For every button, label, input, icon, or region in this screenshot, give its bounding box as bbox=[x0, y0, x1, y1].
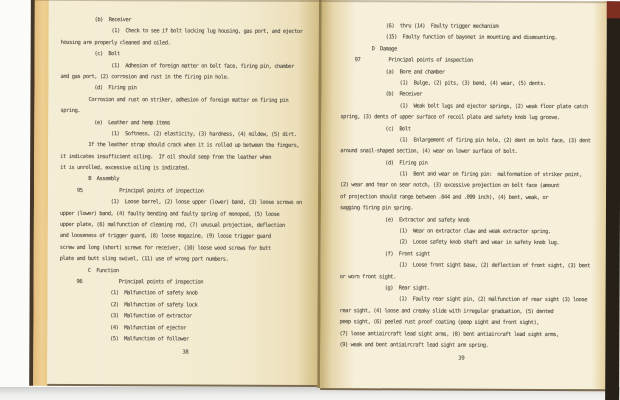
text-line: (4) Malfunction of ejector bbox=[59, 322, 301, 334]
text-line: plate and butt sling swivel, (11) use of… bbox=[60, 254, 302, 266]
text-line: (d) Firing pin bbox=[60, 83, 302, 95]
text-line: (b) Receiver bbox=[340, 89, 590, 101]
text-line: (1) Adhesion of foreign matter on bolt f… bbox=[61, 60, 303, 72]
text-line: (3) Malfunction of extractor bbox=[59, 311, 301, 323]
text-line: (c) Bolt bbox=[340, 124, 590, 136]
photo-background: (b) Receiver (1) Check to see if bolt lo… bbox=[0, 0, 620, 400]
text-line: around snail-shaped section, (4) wear on… bbox=[340, 146, 590, 158]
text-line: (1) Faulty rear sight pin, (2) malfuncti… bbox=[340, 295, 590, 307]
text-line: spring, (3) dents of upper surface of re… bbox=[340, 112, 590, 124]
text-line: (5) Malfunction of follower bbox=[59, 334, 301, 346]
text-line: (1) Loose barrel, (2) loose upper (lower… bbox=[60, 197, 302, 209]
right-page-text: (6) thru (14) Faulty trigger mechanism (… bbox=[339, 21, 591, 352]
text-line: 97 Principal points of inspection bbox=[341, 55, 591, 67]
text-line: (1) Malfunction of safety knob bbox=[60, 288, 302, 300]
text-line: sagging firing pin spring. bbox=[340, 203, 590, 215]
text-line: (2) Loose safety knob shaft and wear in … bbox=[340, 238, 590, 250]
cover-corner-detail bbox=[607, 1, 620, 18]
left-page-text: (b) Receiver (1) Check to see if bolt lo… bbox=[59, 15, 302, 346]
text-line: (9) weak and bent antiaircraft lead sigh… bbox=[339, 340, 589, 352]
text-line: (c) Bolt bbox=[61, 49, 303, 61]
text-line: (2) wear and tear on sear notch, (3) exc… bbox=[340, 181, 590, 193]
left-page-number: 38 bbox=[182, 349, 188, 355]
text-line: (1) Check to see if bolt locking lug hou… bbox=[61, 26, 303, 38]
text-line: Corrosion and rust on striker, adhesion … bbox=[60, 95, 302, 107]
text-line: (e) Leather and hemp items bbox=[60, 117, 302, 129]
book-spread: (b) Receiver (1) Check to see if bolt lo… bbox=[0, 0, 620, 400]
text-line: (1) Loose front sight base, (2) deflecti… bbox=[340, 260, 590, 272]
text-line: B Assembly bbox=[60, 174, 302, 186]
text-line: and looseness of trigger guard, (8) loos… bbox=[60, 231, 302, 243]
book-cover-edge-right bbox=[605, 1, 620, 400]
text-line: peep sight, (6) peeled rust proof coatin… bbox=[339, 317, 589, 329]
text-line: If the leather strap should crack when i… bbox=[60, 140, 302, 152]
text-line: (15) Faulty function of bayonet in mount… bbox=[341, 33, 591, 45]
right-page-number: 39 bbox=[458, 356, 464, 362]
